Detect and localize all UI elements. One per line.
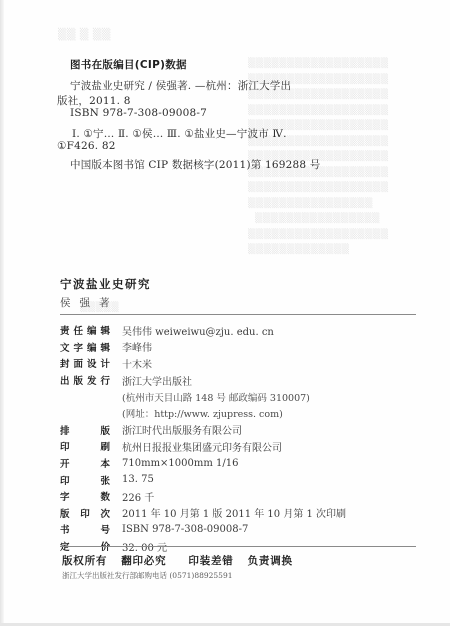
book-title: 宁波盐业史研究 bbox=[60, 276, 151, 292]
info-label: 排版 bbox=[60, 423, 110, 437]
label-char: 编 bbox=[87, 323, 97, 337]
cip-title-line: 宁波盐业史研究 / 侯强著. —杭州：浙江大学出 bbox=[70, 78, 291, 93]
info-value: 十木米 bbox=[122, 356, 152, 371]
info-value: 2011 年 10 月第 1 版 2011 年 10 月第 1 次印刷 bbox=[122, 505, 346, 520]
label-char: 行 bbox=[100, 373, 110, 387]
info-row-typesetting: 排版 浙江时代出版服务有限公司 bbox=[60, 422, 420, 439]
label-char: 印 bbox=[80, 506, 90, 520]
label-char: 发 bbox=[87, 373, 97, 387]
copyright-page: ▒▒ ▒ ▒▒ ▒▒▒▒▒▒▒▒▒▒▒▒▒▒▒▒▒▒▒▒▒▒▒▒▒▒▒▒▒▒▒▒… bbox=[0, 0, 450, 626]
label-char: 排 bbox=[60, 423, 70, 437]
copyright-all-rights: 版权所有 bbox=[62, 555, 107, 567]
label-char: 书 bbox=[60, 522, 70, 536]
label-char: 面 bbox=[73, 356, 83, 370]
info-row-format: 开本 710mm×1000mm 1/16 bbox=[60, 455, 420, 472]
info-row-cover-design: 封面设计 十木米 bbox=[60, 355, 420, 372]
info-row-edition: 版印次 2011 年 10 月第 1 版 2011 年 10 月第 1 次印刷 bbox=[60, 505, 420, 522]
info-row-publisher-address: (杭州市天目山路 148 号 邮政编码 310007) bbox=[60, 388, 420, 405]
divider-bottom bbox=[60, 546, 416, 547]
publication-info: 责任编辑 吴伟伟 weiweiwu@zju. edu. cn 文字编辑 李峰伟 … bbox=[60, 322, 420, 554]
label-char: 版 bbox=[100, 423, 110, 437]
mail-order-phone: 浙江大学出版社发行部邮购电话 (0571)88925591 bbox=[62, 570, 233, 581]
label-char: 编 bbox=[87, 340, 97, 354]
copyright-print-errors: 印装差错 bbox=[188, 555, 233, 567]
info-row-editor: 责任编辑 吴伟伟 weiweiwu@zju. edu. cn bbox=[60, 322, 420, 339]
label-char: 版 bbox=[73, 373, 83, 387]
label-char: 设 bbox=[87, 356, 97, 370]
label-char: 封 bbox=[60, 356, 70, 370]
info-row-printing: 印刷 杭州日报报业集团盛元印务有限公司 bbox=[60, 438, 420, 455]
info-value: 吴伟伟 weiweiwu@zju. edu. cn bbox=[122, 323, 274, 338]
copyright-notice: 版权所有翻印必究印装差错负责调换 bbox=[62, 553, 307, 568]
info-row-word-count: 字数 226 千 bbox=[60, 488, 420, 505]
info-label: 字数 bbox=[60, 489, 110, 503]
label-char: 本 bbox=[100, 456, 110, 470]
label-char: 辑 bbox=[100, 340, 110, 354]
label-char: 刷 bbox=[100, 439, 110, 453]
info-value: 710mm×1000mm 1/16 bbox=[122, 458, 238, 469]
cip-record-number: 中国版本图书馆 CIP 数据核字(2011)第 169288 号 bbox=[70, 157, 321, 172]
cip-classification: Ⅰ. ①宁… Ⅱ. ①侯… Ⅲ. ①盐业史—宁波市 Ⅳ. bbox=[72, 126, 287, 141]
info-label: 封面设计 bbox=[60, 356, 110, 370]
info-value: 226 千 bbox=[122, 489, 154, 504]
copyright-exchange: 负责调换 bbox=[248, 555, 293, 567]
info-value: (杭州市天目山路 148 号 邮政编码 310007) bbox=[122, 390, 310, 404]
info-label: 文字编辑 bbox=[60, 340, 110, 354]
label-char: 字 bbox=[60, 489, 70, 503]
info-value: 13. 75 bbox=[122, 474, 154, 485]
info-row-publisher-website: (网址：http://www. zjupress. com) bbox=[60, 405, 420, 422]
book-author: 侯强著 bbox=[60, 295, 119, 310]
label-char: 出 bbox=[60, 373, 70, 387]
label-char: 开 bbox=[60, 456, 70, 470]
info-label: 印张 bbox=[60, 473, 110, 487]
info-label: 印刷 bbox=[60, 439, 110, 453]
info-label: 版印次 bbox=[60, 506, 110, 520]
label-char: 印 bbox=[60, 473, 70, 487]
cip-heading: 图书在版编目(CIP)数据 bbox=[70, 57, 187, 72]
info-value: 浙江时代出版服务有限公司 bbox=[122, 422, 242, 437]
info-row-publisher: 出版发行 浙江大学出版社 bbox=[60, 372, 420, 389]
info-value: 杭州日报报业集团盛元印务有限公司 bbox=[122, 439, 282, 454]
info-value: 浙江大学出版社 bbox=[122, 373, 192, 388]
info-value: 李峰伟 bbox=[122, 339, 152, 354]
label-char: 次 bbox=[100, 506, 110, 520]
info-value: (网址：http://www. zjupress. com) bbox=[122, 406, 283, 420]
bleed-through-text: ▒▒ ▒ ▒▒ bbox=[58, 27, 123, 41]
page-left-edge bbox=[0, 0, 4, 626]
label-char: 任 bbox=[73, 323, 83, 337]
label-char: 版 bbox=[60, 506, 70, 520]
copyright-no-reprint: 翻印必究 bbox=[121, 555, 166, 567]
info-row-text-editor: 文字编辑 李峰伟 bbox=[60, 339, 420, 356]
label-char: 号 bbox=[100, 522, 110, 536]
info-label: 责任编辑 bbox=[60, 323, 110, 337]
label-char: 文 bbox=[60, 340, 70, 354]
divider-top bbox=[60, 314, 416, 315]
cip-isbn: ISBN 978-7-308-09008-7 bbox=[70, 107, 207, 119]
label-char: 张 bbox=[100, 473, 110, 487]
cip-title-line-continued: 版社，2011. 8 bbox=[57, 93, 131, 108]
label-char: 辑 bbox=[100, 323, 110, 337]
info-value: ISBN 978-7-308-09008-7 bbox=[122, 524, 248, 535]
info-label: 书号 bbox=[60, 522, 110, 536]
label-char: 数 bbox=[100, 489, 110, 503]
label-char: 责 bbox=[60, 323, 70, 337]
label-char: 计 bbox=[100, 356, 110, 370]
cip-classification-continued: ①F426. 82 bbox=[57, 140, 116, 152]
label-char: 字 bbox=[73, 340, 83, 354]
info-label: 开本 bbox=[60, 456, 110, 470]
info-label: 出版发行 bbox=[60, 373, 110, 387]
info-row-sheets: 印张 13. 75 bbox=[60, 471, 420, 488]
info-row-book-number: 书号 ISBN 978-7-308-09008-7 bbox=[60, 521, 420, 538]
label-char: 印 bbox=[60, 439, 70, 453]
